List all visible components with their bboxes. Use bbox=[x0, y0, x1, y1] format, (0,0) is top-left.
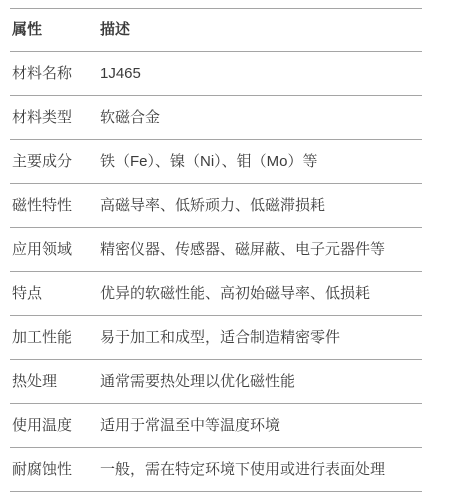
description-cell: 易于加工和成型，适合制造精密零件 bbox=[98, 316, 422, 360]
table-row: 加工性能 易于加工和成型，适合制造精密零件 bbox=[10, 316, 422, 360]
description-cell: 软磁合金 bbox=[98, 96, 422, 140]
header-description: 描述 bbox=[98, 9, 422, 52]
table-row: 主要成分 铁（Fe）、镍（Ni）、钼（Mo）等 bbox=[10, 140, 422, 184]
description-cell: 高磁导率、低矫顽力、低磁滞损耗 bbox=[98, 184, 422, 228]
material-properties-table: 属性 描述 材料名称 1J465 材料类型 软磁合金 主要成分 铁（Fe）、镍（… bbox=[10, 8, 422, 492]
table-header-row: 属性 描述 bbox=[10, 9, 422, 52]
property-cell: 使用温度 bbox=[10, 404, 98, 448]
property-cell: 特点 bbox=[10, 272, 98, 316]
table-row: 耐腐蚀性 一般，需在特定环境下使用或进行表面处理 bbox=[10, 448, 422, 492]
property-cell: 材料类型 bbox=[10, 96, 98, 140]
description-cell: 一般，需在特定环境下使用或进行表面处理 bbox=[98, 448, 422, 492]
property-cell: 主要成分 bbox=[10, 140, 98, 184]
property-cell: 热处理 bbox=[10, 360, 98, 404]
property-cell: 磁性特性 bbox=[10, 184, 98, 228]
property-cell: 应用领域 bbox=[10, 228, 98, 272]
table-row: 材料类型 软磁合金 bbox=[10, 96, 422, 140]
table-row: 热处理 通常需要热处理以优化磁性能 bbox=[10, 360, 422, 404]
property-cell: 加工性能 bbox=[10, 316, 98, 360]
property-cell: 材料名称 bbox=[10, 52, 98, 96]
table-row: 材料名称 1J465 bbox=[10, 52, 422, 96]
table-row: 特点 优异的软磁性能、高初始磁导率、低损耗 bbox=[10, 272, 422, 316]
table-row: 磁性特性 高磁导率、低矫顽力、低磁滞损耗 bbox=[10, 184, 422, 228]
description-cell: 铁（Fe）、镍（Ni）、钼（Mo）等 bbox=[98, 140, 422, 184]
description-cell: 适用于常温至中等温度环境 bbox=[98, 404, 422, 448]
table-row: 使用温度 适用于常温至中等温度环境 bbox=[10, 404, 422, 448]
description-cell: 1J465 bbox=[98, 52, 422, 96]
table-row: 应用领域 精密仪器、传感器、磁屏蔽、电子元器件等 bbox=[10, 228, 422, 272]
description-cell: 精密仪器、传感器、磁屏蔽、电子元器件等 bbox=[98, 228, 422, 272]
description-cell: 优异的软磁性能、高初始磁导率、低损耗 bbox=[98, 272, 422, 316]
description-cell: 通常需要热处理以优化磁性能 bbox=[98, 360, 422, 404]
property-cell: 耐腐蚀性 bbox=[10, 448, 98, 492]
header-property: 属性 bbox=[10, 9, 98, 52]
